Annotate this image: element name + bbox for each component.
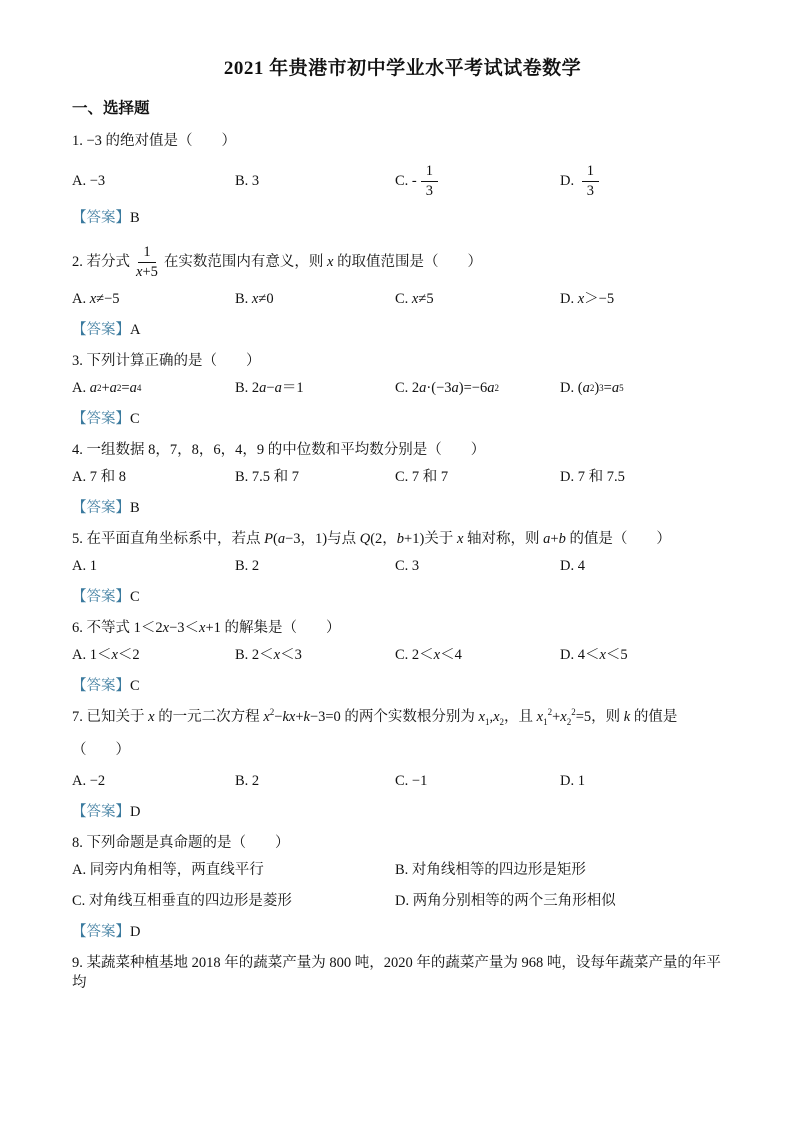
question-4-options: A. 7 和 8 B. 7.5 和 7 C. 7 和 7 D. 7 和 7.5 [72, 467, 733, 487]
question-8-answer: 【答案】D [72, 922, 733, 942]
option-a: A. 1＜x＜2 [72, 645, 235, 665]
option-c: C. 3 [395, 556, 560, 576]
question-5-text: 5. 在平面直角坐标系中，若点 P(a−3，1)与点 Q(2，b+1)关于 x … [72, 529, 733, 549]
option-c: C. −1 [395, 771, 560, 791]
question-4: 4. 一组数据 8，7，8，6，4，9 的中位数和平均数分别是（ ） A. 7 … [72, 440, 733, 518]
answer-label: 【答案】 [72, 678, 130, 694]
question-7-text-continued: （ ） [72, 740, 733, 760]
question-8-options-row-2: C. 对角线互相垂直的四边形是菱形 D. 两角分别相等的两个三角形相似 [72, 891, 733, 911]
option-c: C. -13 [395, 162, 560, 199]
question-7-answer: 【答案】D [72, 802, 733, 822]
question-3-text: 3. 下列计算正确的是（ ） [72, 351, 733, 371]
option-c: C. 2＜x＜4 [395, 645, 560, 665]
answer-value: D [130, 804, 140, 820]
answer-value: B [130, 210, 140, 226]
exam-paper-page: 2021 年贵港市初中学业水平考试试卷数学 一、选择题 1. −3 的绝对值是（… [0, 0, 793, 1122]
question-8-options-row-1: A. 同旁内角相等，两直线平行 B. 对角线相等的四边形是矩形 [72, 860, 733, 880]
question-9-text: 9. 某蔬菜种植基地 2018 年的蔬菜产量为 800 吨，2020 年的蔬菜产… [72, 953, 733, 993]
question-1-answer: 【答案】B [72, 208, 733, 228]
question-4-answer: 【答案】B [72, 498, 733, 518]
question-5: 5. 在平面直角坐标系中，若点 P(a−3，1)与点 Q(2，b+1)关于 x … [72, 529, 733, 607]
answer-value: C [130, 589, 140, 605]
option-d: D. 4 [560, 556, 733, 576]
page-title: 2021 年贵港市初中学业水平考试试卷数学 [72, 56, 733, 82]
question-9: 9. 某蔬菜种植基地 2018 年的蔬菜产量为 800 吨，2020 年的蔬菜产… [72, 953, 733, 993]
fraction-numerator: 1 [138, 243, 155, 262]
question-5-answer: 【答案】C [72, 587, 733, 607]
question-5-options: A. 1 B. 2 C. 3 D. 4 [72, 556, 733, 576]
answer-value: C [130, 678, 140, 694]
question-3: 3. 下列计算正确的是（ ） A. a2+a2=a4 B. 2a−a＝1 C. … [72, 351, 733, 429]
option-b: B. 2 [235, 771, 395, 791]
question-2-text: 2. 若分式1x+5在实数范围内有意义，则 x 的取值范围是（ ） [72, 239, 733, 285]
answer-label: 【答案】 [72, 210, 130, 226]
option-a: A. x≠−5 [72, 289, 235, 309]
answer-value: A [130, 322, 140, 338]
question-7: 7. 已知关于 x 的一元二次方程 x2−kx+k−3=0 的两个实数根分别为 … [72, 707, 733, 822]
option-d: D. 4＜x＜5 [560, 645, 733, 665]
answer-value: C [130, 411, 140, 427]
option-c: C. 2a·(−3a)=−6a2 [395, 378, 560, 398]
answer-label: 【答案】 [72, 500, 130, 516]
option-a: A. −3 [72, 171, 235, 191]
option-c: C. 对角线互相垂直的四边形是菱形 [72, 891, 395, 911]
answer-label: 【答案】 [72, 589, 130, 605]
question-1-text: 1. −3 的绝对值是（ ） [72, 131, 733, 151]
question-3-answer: 【答案】C [72, 409, 733, 429]
option-a: A. −2 [72, 771, 235, 791]
question-6-answer: 【答案】C [72, 676, 733, 696]
fraction-numerator: 1 [582, 162, 599, 181]
option-b: B. 2a−a＝1 [235, 378, 395, 398]
option-d-prefix: D. [560, 171, 578, 191]
answer-label: 【答案】 [72, 804, 130, 820]
fraction: 13 [421, 162, 438, 199]
question-6-text: 6. 不等式 1＜2x−3＜x+1 的解集是（ ） [72, 618, 733, 638]
answer-value: D [130, 924, 140, 940]
answer-label: 【答案】 [72, 411, 130, 427]
section-header-choice-questions: 一、选择题 [72, 98, 733, 119]
option-d: D. 7 和 7.5 [560, 467, 733, 487]
question-8: 8. 下列命题是真命题的是（ ） A. 同旁内角相等，两直线平行 B. 对角线相… [72, 833, 733, 942]
question-6-options: A. 1＜x＜2 B. 2＜x＜3 C. 2＜x＜4 D. 4＜x＜5 [72, 645, 733, 665]
answer-label: 【答案】 [72, 322, 130, 338]
question-6: 6. 不等式 1＜2x−3＜x+1 的解集是（ ） A. 1＜x＜2 B. 2＜… [72, 618, 733, 696]
option-c-prefix: C. - [395, 171, 417, 191]
option-d: D. 两角分别相等的两个三角形相似 [395, 891, 733, 911]
fraction-denominator: 3 [585, 182, 596, 200]
question-2-text-pre: 2. 若分式 [72, 252, 130, 272]
option-a: A. 7 和 8 [72, 467, 235, 487]
question-7-text: 7. 已知关于 x 的一元二次方程 x2−kx+k−3=0 的两个实数根分别为 … [72, 707, 733, 727]
question-3-options: A. a2+a2=a4 B. 2a−a＝1 C. 2a·(−3a)=−6a2 D… [72, 378, 733, 398]
question-2-options: A. x≠−5 B. x≠0 C. x≠5 D. x＞−5 [72, 289, 733, 309]
question-1: 1. −3 的绝对值是（ ） A. −3 B. 3 C. -13 D. 13 【… [72, 131, 733, 228]
option-b: B. 7.5 和 7 [235, 467, 395, 487]
question-8-text: 8. 下列命题是真命题的是（ ） [72, 833, 733, 853]
answer-label: 【答案】 [72, 924, 130, 940]
question-1-options: A. −3 B. 3 C. -13 D. 13 [72, 158, 733, 204]
fraction-denominator: x+5 [134, 263, 160, 281]
question-2-text-post: 在实数范围内有意义，则 x 的取值范围是（ ） [164, 252, 482, 272]
option-a: A. 1 [72, 556, 235, 576]
fraction: 13 [582, 162, 599, 199]
question-2: 2. 若分式1x+5在实数范围内有意义，则 x 的取值范围是（ ） A. x≠−… [72, 239, 733, 340]
option-c: C. 7 和 7 [395, 467, 560, 487]
fraction: 1x+5 [134, 243, 160, 280]
option-d: D. 13 [560, 162, 733, 199]
option-b: B. 2＜x＜3 [235, 645, 395, 665]
question-4-text: 4. 一组数据 8，7，8，6，4，9 的中位数和平均数分别是（ ） [72, 440, 733, 460]
fraction-denominator: 3 [424, 182, 435, 200]
option-b: B. 2 [235, 556, 395, 576]
option-d: D. 1 [560, 771, 733, 791]
option-a: A. a2+a2=a4 [72, 378, 235, 398]
option-b: B. x≠0 [235, 289, 395, 309]
option-d: D. (a2)3=a5 [560, 378, 733, 398]
fraction-numerator: 1 [421, 162, 438, 181]
option-b: B. 对角线相等的四边形是矩形 [395, 860, 733, 880]
question-7-options: A. −2 B. 2 C. −1 D. 1 [72, 771, 733, 791]
option-c: C. x≠5 [395, 289, 560, 309]
question-2-answer: 【答案】A [72, 320, 733, 340]
option-b: B. 3 [235, 171, 395, 191]
answer-value: B [130, 500, 140, 516]
option-d: D. x＞−5 [560, 289, 733, 309]
option-a: A. 同旁内角相等，两直线平行 [72, 860, 395, 880]
